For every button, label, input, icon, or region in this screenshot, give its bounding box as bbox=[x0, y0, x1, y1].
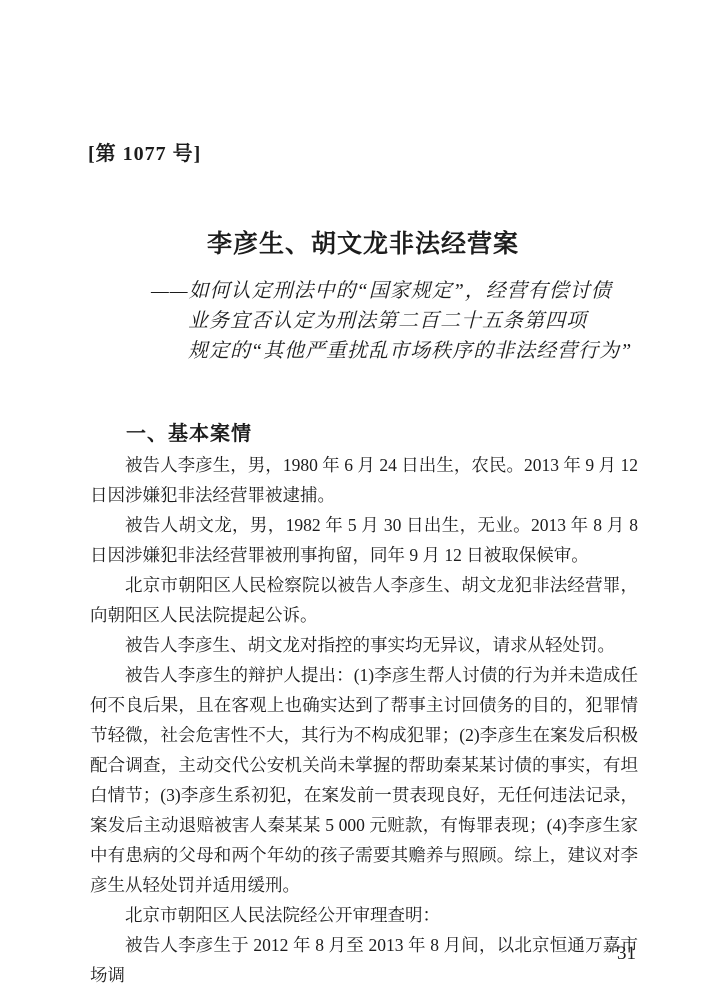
body-paragraph: 被告人李彦生，男，1980 年 6 月 24 日出生，农民。2013 年 9 月… bbox=[90, 450, 638, 510]
section-heading: 一、基本案情 bbox=[126, 417, 252, 446]
page-number: 31 bbox=[617, 943, 636, 965]
book-page: [第 1077 号] 李彦生、胡文龙非法经营案 ——如何认定刑法中的“国家规定”… bbox=[0, 0, 726, 999]
body-paragraph: 北京市朝阳区人民检察院以被告人李彦生、胡文龙犯非法经营罪，向朝阳区人民法院提起公… bbox=[90, 570, 638, 630]
body-text: 被告人李彦生，男，1980 年 6 月 24 日出生，农民。2013 年 9 月… bbox=[90, 450, 638, 990]
body-paragraph: 北京市朝阳区人民法院经公开审理查明： bbox=[90, 900, 638, 930]
body-paragraph: 被告人胡文龙，男，1982 年 5 月 30 日出生，无业。2013 年 8 月… bbox=[90, 510, 638, 570]
body-paragraph: 被告人李彦生的辩护人提出：(1)李彦生帮人讨债的行为并未造成任何不良后果，且在客… bbox=[90, 660, 638, 900]
case-number-label: [第 1077 号] bbox=[88, 137, 201, 166]
page-title: 李彦生、胡文龙非法经营案 bbox=[0, 224, 726, 260]
subtitle-line: 业务宜否认定为刑法第二百二十五条第四项 bbox=[188, 306, 726, 336]
subtitle-line: 规定的“其他严重扰乱市场秩序的非法经营行为” bbox=[188, 336, 726, 366]
case-subtitle: ——如何认定刑法中的“国家规定”，经营有偿讨债 业务宜否认定为刑法第二百二十五条… bbox=[0, 276, 726, 366]
body-paragraph: 被告人李彦生于 2012 年 8 月至 2013 年 8 月间，以北京恒通万嘉市… bbox=[90, 930, 638, 990]
body-paragraph: 被告人李彦生、胡文龙对指控的事实均无异议，请求从轻处罚。 bbox=[90, 630, 638, 660]
subtitle-line: ——如何认定刑法中的“国家规定”，经营有偿讨债 bbox=[151, 276, 726, 306]
